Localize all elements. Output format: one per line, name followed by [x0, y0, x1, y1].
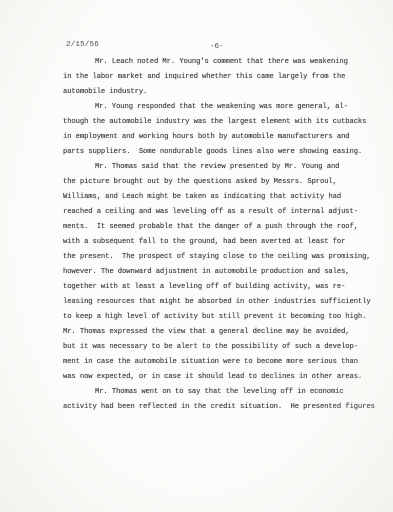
document-line: Williams, and Leach might be taken as in… [63, 190, 375, 205]
document-line: ments. It seemed probable that the dange… [63, 220, 375, 235]
document-line: ment in case the automobile situation we… [63, 355, 375, 370]
document-date: 2/15/56 [66, 41, 99, 49]
document-line: Mr. Leach noted Mr. Young's comment that… [63, 55, 375, 70]
document-line: in employment and working hours both by … [63, 130, 375, 145]
document-line: the picture brought out by the questions… [63, 175, 375, 190]
document-line: with a subsequent fall to the ground, ha… [63, 235, 375, 250]
document-line: Mr. Thomas expressed the view that a gen… [63, 325, 375, 340]
document-line: activity had been reflected in the credi… [63, 400, 375, 415]
page-number: -6- [210, 43, 224, 51]
document-line: parts suppliers. Some nondurable goods l… [63, 145, 375, 160]
document-line: reached a ceiling and was leveling off a… [63, 205, 375, 220]
document-line: together with at least a leveling off of… [63, 280, 375, 295]
document-line: Mr. Thomas said that the review presente… [63, 160, 375, 175]
document-body: Mr. Leach noted Mr. Young's comment that… [63, 55, 375, 415]
document-line: though the automobile industry was the l… [63, 115, 375, 130]
document-line: Mr. Thomas went on to say that the level… [63, 385, 375, 400]
document-line: the present. The prospect of staying clo… [63, 250, 375, 265]
document-line: Mr. Young responded that the weakening w… [63, 100, 375, 115]
document-page: 2/15/56 -6- Mr. Leach noted Mr. Young's … [0, 0, 393, 512]
document-line: automobile industry. [63, 85, 375, 100]
document-line: however. The downward adjustment in auto… [63, 265, 375, 280]
document-line: in the labor market and inquired whether… [63, 70, 375, 85]
document-line: but it was necessary to be alert to the … [63, 340, 375, 355]
document-line: was now expected, or in case it should l… [63, 370, 375, 385]
document-line: to keep a high level of activity but sti… [63, 310, 375, 325]
document-line: leasing resources that might be absorbed… [63, 295, 375, 310]
